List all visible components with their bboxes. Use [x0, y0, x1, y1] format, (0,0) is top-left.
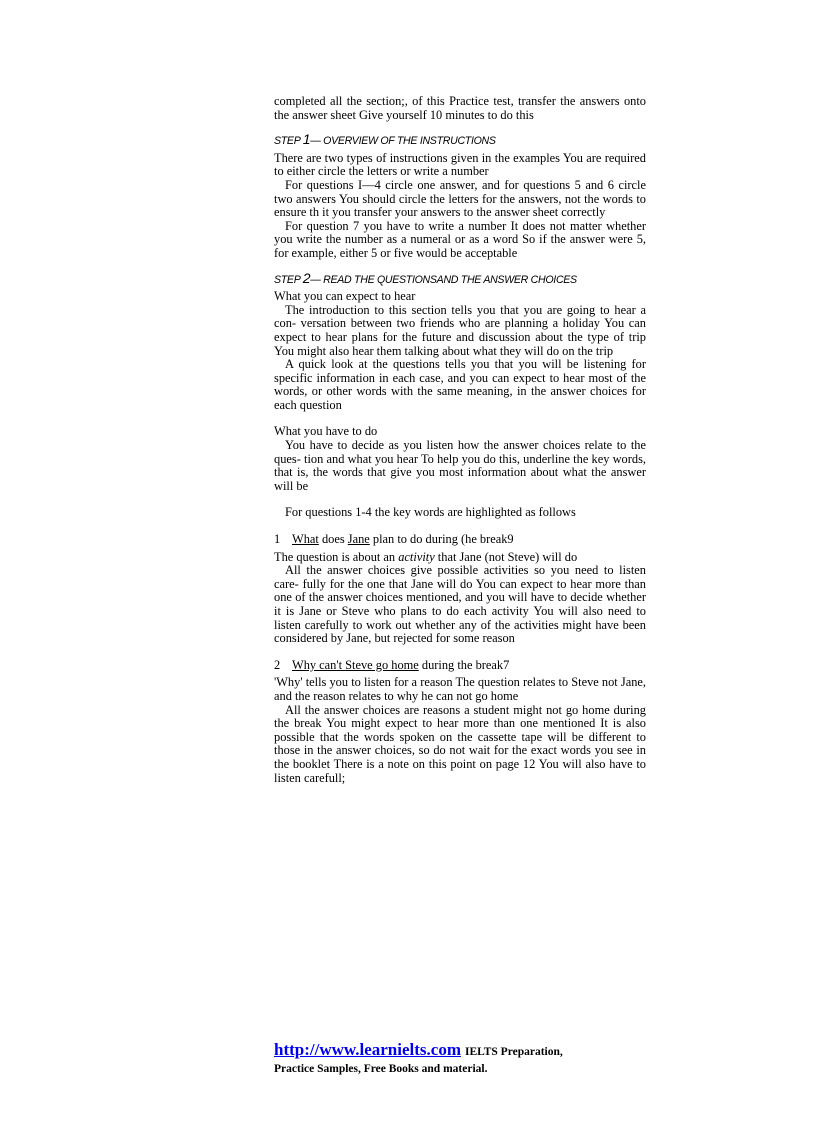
learnielts-link[interactable]: http://www.learnielts.com	[274, 1040, 461, 1059]
question-1-text-part: does	[319, 532, 348, 546]
question-2-number: 2	[274, 659, 292, 673]
footer-line-2: Practice Samples, Free Books and materia…	[274, 1063, 634, 1075]
expect-heading: What you can expect to hear	[274, 290, 646, 304]
question-1-text-rest: plan to do during (he break9	[370, 532, 514, 546]
expect-paragraph-1: The introduction to this section tells y…	[274, 304, 646, 358]
step1-paragraph-3: For question 7 you have to write a numbe…	[274, 220, 646, 261]
highlight-intro: For questions 1-4 the key words are high…	[274, 506, 646, 520]
question-2-text-rest: during the break7	[419, 658, 510, 672]
step1-title: — OVERVIEW OF THE INSTRUCTIONS	[310, 135, 495, 147]
q1-explain-italic: activity	[398, 550, 434, 564]
step1-prefix: STEP	[274, 135, 303, 147]
step1-paragraph-1: There are two types of instructions give…	[274, 152, 646, 179]
todo-heading: What you have to do	[274, 425, 646, 439]
step2-heading: STEP 2— READ THE QUESTIONSAND THE ANSWER…	[274, 272, 646, 288]
step1-heading: STEP 1— OVERVIEW OF THE INSTRUCTIONS	[274, 133, 646, 149]
footer-tagline: IELTS Preparation,	[465, 1046, 563, 1058]
footer-line-1: http://www.learnielts.com IELTS Preparat…	[274, 1040, 634, 1060]
question-1-number: 1	[274, 533, 292, 547]
document-body: completed all the section;, of this Prac…	[274, 95, 646, 785]
question-2: 2 Why can't Steve go home during the bre…	[274, 659, 646, 673]
step1-paragraph-2: For questions I—4 circle one answer, and…	[274, 179, 646, 220]
page-footer: http://www.learnielts.com IELTS Preparat…	[274, 1040, 634, 1075]
question-2-paragraph: All the answer choices are reasons a stu…	[274, 704, 646, 786]
step2-prefix: STEP	[274, 274, 303, 286]
intro-paragraph: completed all the section;, of this Prac…	[274, 95, 646, 122]
question-2-explanation: 'Why' tells you to listen for a reason T…	[274, 676, 646, 703]
question-1-explanation: The question is about an activity that J…	[274, 551, 646, 565]
keyword-why-cant-steve-go-home: Why can't Steve go home	[292, 658, 419, 672]
keyword-jane: Jane	[348, 532, 370, 546]
keyword-what: What	[292, 532, 319, 546]
step2-title: — READ THE QUESTIONSAND THE ANSWER CHOIC…	[310, 274, 577, 286]
q1-explain-before: The question is about an	[274, 550, 398, 564]
expect-paragraph-2: A quick look at the questions tells you …	[274, 358, 646, 412]
todo-paragraph: You have to decide as you listen how the…	[274, 439, 646, 493]
question-1-paragraph: All the answer choices give possible act…	[274, 564, 646, 646]
question-2-text: Why can't Steve go home during the break…	[292, 659, 509, 673]
question-1-text: What does Jane plan to do during (he bre…	[292, 533, 514, 547]
question-1: 1 What does Jane plan to do during (he b…	[274, 533, 646, 547]
q1-explain-after: that Jane (not Steve) will do	[435, 550, 577, 564]
